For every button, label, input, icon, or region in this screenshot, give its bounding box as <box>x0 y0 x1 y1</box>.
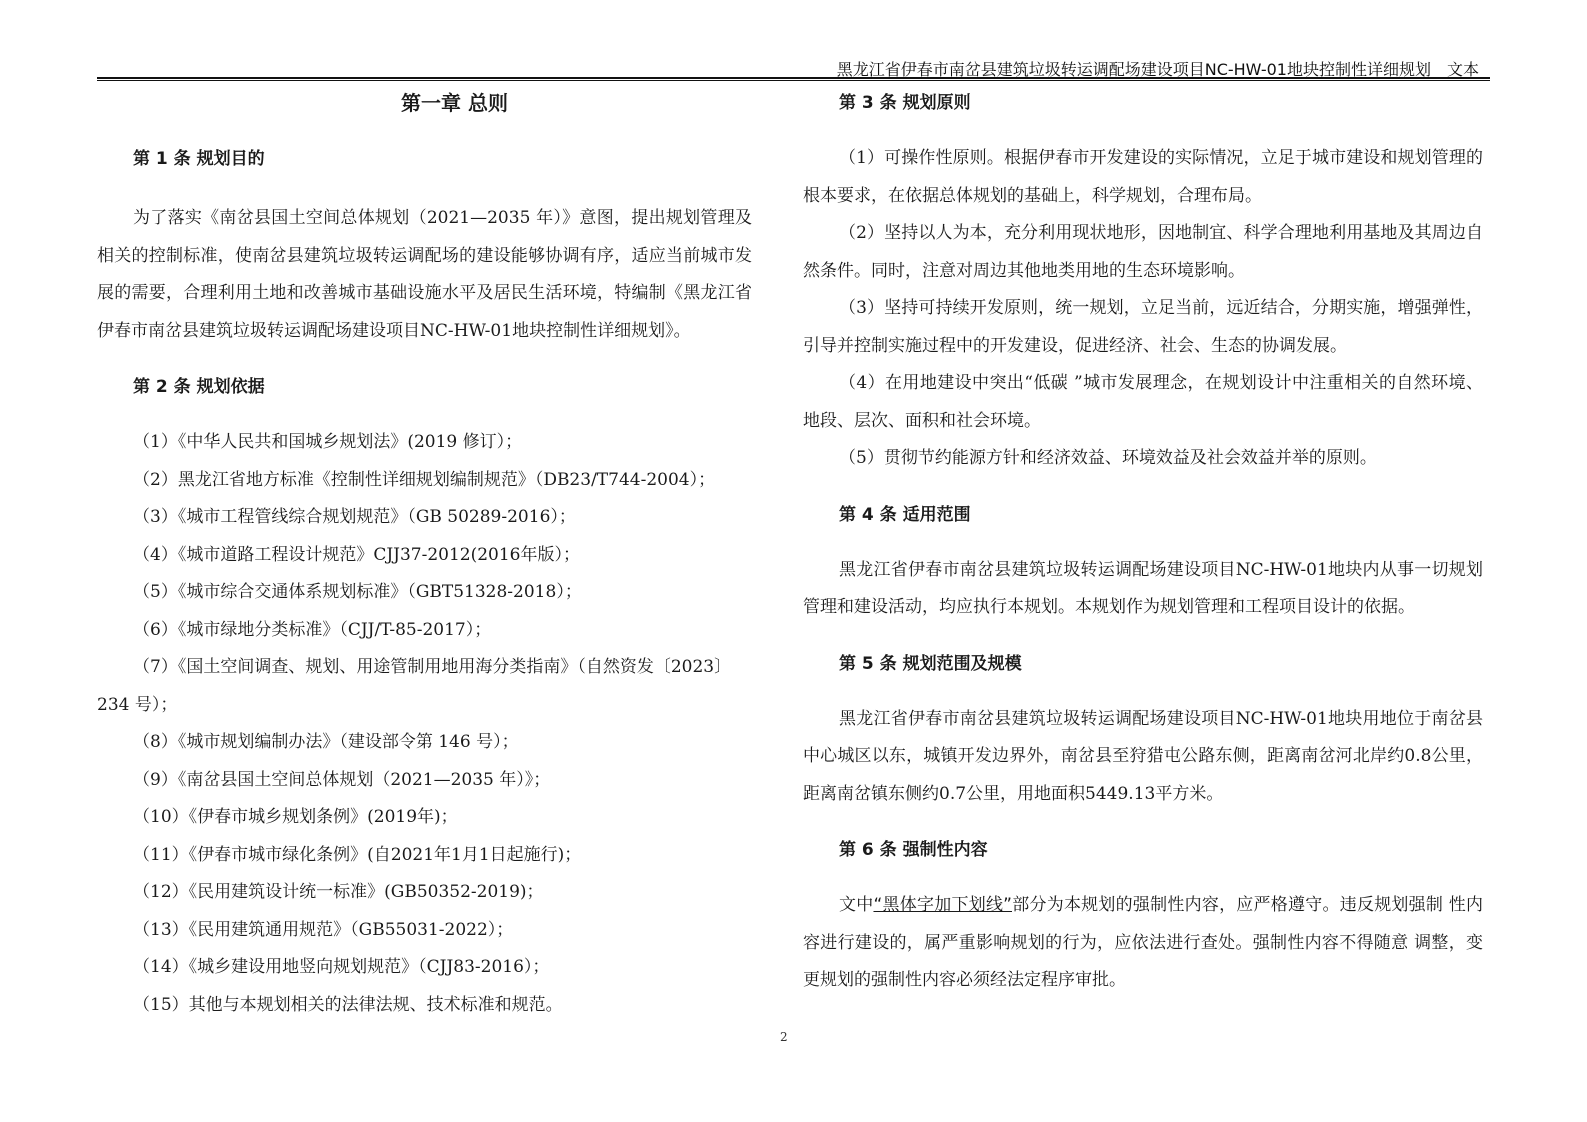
list-item: （12）《民用建筑设计统一标准》(GB50352-2019)； <box>97 874 752 912</box>
article-6-heading: 第 6 条 强制性内容 <box>803 831 1483 869</box>
article-6-body: 文中“黑体字加下划线”部分为本规划的强制性内容，应严格遵守。违反规划强制 性内容… <box>803 887 1483 1000</box>
article-3-item: （2）坚持以人为本，充分利用现状地形，因地制宜、科学合理地利用基地及其周边自然条… <box>803 215 1483 290</box>
list-item: （1）《中华人民共和国城乡规划法》(2019 修订）； <box>97 424 752 462</box>
article-5-body: 黑龙江省伊春市南岔县建筑垃圾转运调配场建设项目NC-HW-01地块用地位于南岔县… <box>803 701 1483 814</box>
article-4-heading: 第 4 条 适用范围 <box>803 496 1483 534</box>
list-item: （5）《城市综合交通体系规划标准》（GBT51328-2018）； <box>97 574 752 612</box>
article-3-item: （1）可操作性原则。根据伊春市开发建设的实际情况，立足于城市建设和规划管理的根本… <box>803 140 1483 215</box>
article-1-body: 为了落实《南岔县国土空间总体规划（2021—2035 年）》意图，提出规划管理及… <box>97 200 752 350</box>
page-number: 2 <box>780 1030 788 1044</box>
chapter-title: 第一章 总则 <box>97 84 752 122</box>
mandatory-emphasis: “黑体字加下划线” <box>873 895 1012 915</box>
article-3-item: （4）在用地建设中突出“低碳 ”城市发展理念，在规划设计中注重相关的自然环境、地… <box>803 365 1483 440</box>
list-item: （11）《伊春市城市绿化条例》(自2021年1月1日起施行)； <box>97 837 752 875</box>
list-item: （2）黑龙江省地方标准《控制性详细规划编制规范》（DB23/T744-2004）… <box>97 462 752 500</box>
article-3-item: （5）贯彻节约能源方针和经济效益、环境效益及社会效益并举的原则。 <box>803 440 1483 478</box>
right-column: 第 3 条 规划原则 （1）可操作性原则。根据伊春市开发建设的实际情况，立足于城… <box>803 84 1483 1000</box>
list-item: （14）《城乡建设用地竖向规划规范》（CJJ83-2016）； <box>97 949 752 987</box>
list-item: （15）其他与本规划相关的法律法规、技术标准和规范。 <box>97 987 752 1025</box>
list-item: （13）《民用建筑通用规范》（GB55031-2022）； <box>97 912 752 950</box>
list-item: （9）《南岔县国土空间总体规划（2021—2035 年）》； <box>97 762 752 800</box>
list-item: （10）《伊春市城乡规划条例》(2019年)； <box>97 799 752 837</box>
article-5-heading: 第 5 条 规划范围及规模 <box>803 645 1483 683</box>
list-item: （3）《城市工程管线综合规划规范》（GB 50289-2016）； <box>97 499 752 537</box>
article-4-body: 黑龙江省伊春市南岔县建筑垃圾转运调配场建设项目NC-HW-01地块内从事一切规划… <box>803 552 1483 627</box>
article-6-prefix: 文中 <box>839 895 873 915</box>
list-item: （7）《国土空间调查、规划、用途管制用地用海分类指南》（自然资发〔2023〕 2… <box>97 649 752 724</box>
header-rule <box>97 77 1490 81</box>
list-item: （8）《城市规划编制办法》（建设部令第 146 号）； <box>97 724 752 762</box>
article-3-item: （3）坚持可持续开发原则，统一规划，立足当前，远近结合，分期实施，增强弹性，引导… <box>803 290 1483 365</box>
article-2-list: （1）《中华人民共和国城乡规划法》(2019 修订）； （2）黑龙江省地方标准《… <box>97 424 752 1024</box>
list-item: （6）《城市绿地分类标准》（CJJ/T-85-2017）； <box>97 612 752 650</box>
article-1-heading: 第 1 条 规划目的 <box>97 140 752 178</box>
article-3-heading: 第 3 条 规划原则 <box>803 84 1483 122</box>
article-2-heading: 第 2 条 规划依据 <box>97 368 752 406</box>
list-item: （4）《城市道路工程设计规范》CJJ37-2012(2016年版）； <box>97 537 752 575</box>
left-column: 第一章 总则 第 1 条 规划目的 为了落实《南岔县国土空间总体规划（2021—… <box>97 84 752 1024</box>
